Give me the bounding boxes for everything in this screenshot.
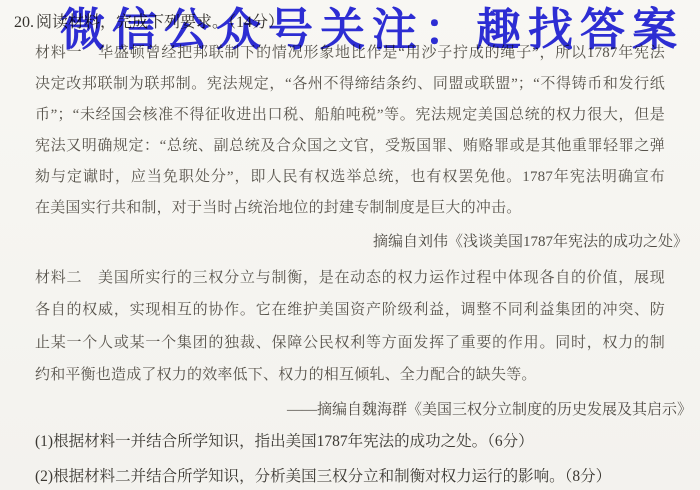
material-2-line: 材料二 美国所实行的三权分立与制衡，是在动态的权力运作过程中体现各自的价值，展现 [35,267,665,289]
material-2-line: 各自的权威，实现相互的协作。它在维护美国资产阶级利益，调整不同利益集团的冲突、防 [35,299,665,321]
material-1-line: 决定改邦联制为联邦制。宪法规定，“各州不得缔结条约、同盟或联盟”；“不得铸币和发… [35,73,665,95]
question-prompt: 阅读材料，完成下列要求。（14分） [36,14,284,31]
material-1-line: 劾与定谳时，应当免职处分”，即人民有权选举总统，也有权罢免他。1787年宪法明确… [35,166,665,188]
material-2-line: 止某一个人或某一个集团的独裁、保障公民权利等方面发挥了重要的作用。同时，权力的制 [35,332,665,354]
material-1-line: 宪法又明确规定：“总统、副总统及合众国之文官，受叛国罪、贿赂罪或是其他重罪轻罪之… [35,135,665,157]
question-number: 20. [14,14,34,31]
material-1-line: 材料一 华盛顿曾经把邦联制下的情况形象地比作是“用沙子拧成的绳子”，所以1787… [35,42,665,64]
material-1-line: 币”；“未经国会核准不得征收进出口税、船舶吨税”等。宪法规定美国总统的权力很大，… [35,104,665,126]
material-2-attribution: ——摘编自魏海群《美国三权分立制度的历史发展及其启示》 [35,399,692,421]
material-2-line: 约和平衡也造成了权力的效率低下、权力的相互倾轧、全力配合的缺失等。 [35,364,665,386]
material-1-attribution: 摘编自刘伟《浅谈美国1787年宪法的成功之处》 [35,231,688,253]
subquestion-2: (2)根据材料二并结合所学知识，分析美国三权分立和制衡对权力运行的影响。（8分） [35,466,675,488]
material-1-line: 在美国实行共和制，对于当时占统治地位的封建专制制度是巨大的冲击。 [35,197,665,219]
subquestion-1: (1)根据材料一并结合所学知识，指出美国1787年宪法的成功之处。（6分） [35,431,675,453]
question-heading: 20.阅读材料，完成下列要求。（14分） [14,12,284,34]
exam-page: 20.阅读材料，完成下列要求。（14分） 材料一 华盛顿曾经把邦联制下的情况形象… [0,0,700,490]
